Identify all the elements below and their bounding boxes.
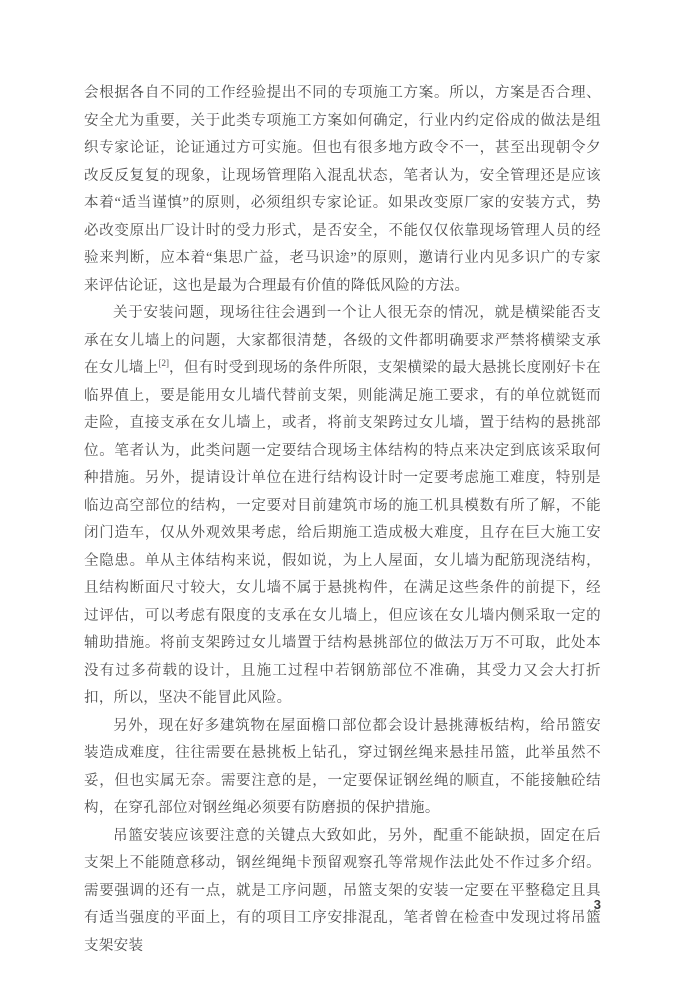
body-text: 会根据各自不同的工作经验提出不同的专项施工方案。所以，方案是否合理、安全尤为重要… xyxy=(84,80,601,960)
paragraph-1: 会根据各自不同的工作经验提出不同的专项施工方案。所以，方案是否合理、安全尤为重要… xyxy=(84,80,601,300)
paragraph-3: 另外，现在好多建筑物在屋面檐口部位都会设计悬挑薄板结构，给吊篮安装造成难度，往往… xyxy=(84,713,601,823)
footnote-ref-2: [2] xyxy=(158,358,169,368)
page-number: 3 xyxy=(84,897,601,912)
paragraph-4: 吊篮安装应该要注意的关键点大致如此，另外，配重不能缺损，固定在后支架上不能随意移… xyxy=(84,823,601,961)
paragraph-2: 关于安装问题，现场往往会遇到一个让人很无奈的情况，就是横梁能否支承在女儿墙上的问… xyxy=(84,300,601,713)
paragraph-2-text-post: ，但有时受到现场的条件所限，支架横梁的最大悬挑长度刚好卡在临界值上，要是能用女儿… xyxy=(84,360,601,706)
document-page: 会根据各自不同的工作经验提出不同的专项施工方案。所以，方案是否合理、安全尤为重要… xyxy=(0,0,700,990)
